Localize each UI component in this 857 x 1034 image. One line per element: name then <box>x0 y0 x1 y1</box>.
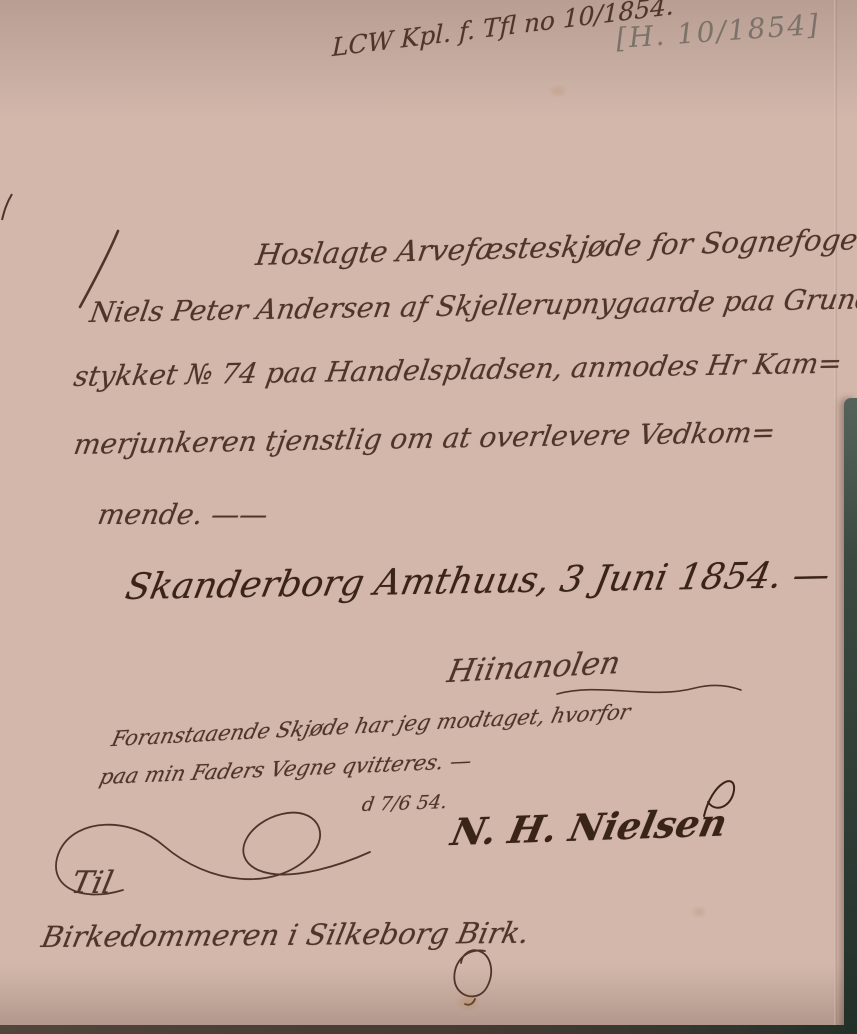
loop-pen-mark <box>445 945 509 1009</box>
margin-tick-mark <box>0 192 16 222</box>
signature-flourish-dash <box>555 678 745 702</box>
body-line: mende. —— <box>95 500 270 531</box>
receipt-line: Foranstaaende Skjøde har jeg modtaget, h… <box>109 701 632 752</box>
stain <box>690 905 708 919</box>
receiver-signature: N. H. Nielsen <box>448 802 731 853</box>
body-line: merjunkeren tjenstlig om at overlevere V… <box>72 418 778 461</box>
bottom-edge-strip <box>0 1025 857 1034</box>
body-line: Hoslagte Arvefæsteskjøde for Sognefoged <box>254 224 857 272</box>
paper-shadow-bottom <box>0 965 857 1025</box>
dateline: Skanderborg Amthuus, 3 Juni 1854. — <box>122 556 833 608</box>
book-edge-strip <box>844 398 857 1034</box>
body-line: stykket № 74 paa Handelspladsen, anmodes… <box>72 349 844 393</box>
stain <box>548 84 568 98</box>
address-to: Til <box>68 866 116 900</box>
receipt-line: paa min Faders Vegne qvitteres. — <box>97 750 474 790</box>
body-line: Niels Peter Andersen af Skjellerupnygaar… <box>88 284 857 329</box>
paper-crease <box>834 0 837 1034</box>
scanned-document-page: LCW Kpl. f. Tfl no 10/1854. [H. 10/1854]… <box>0 0 857 1034</box>
